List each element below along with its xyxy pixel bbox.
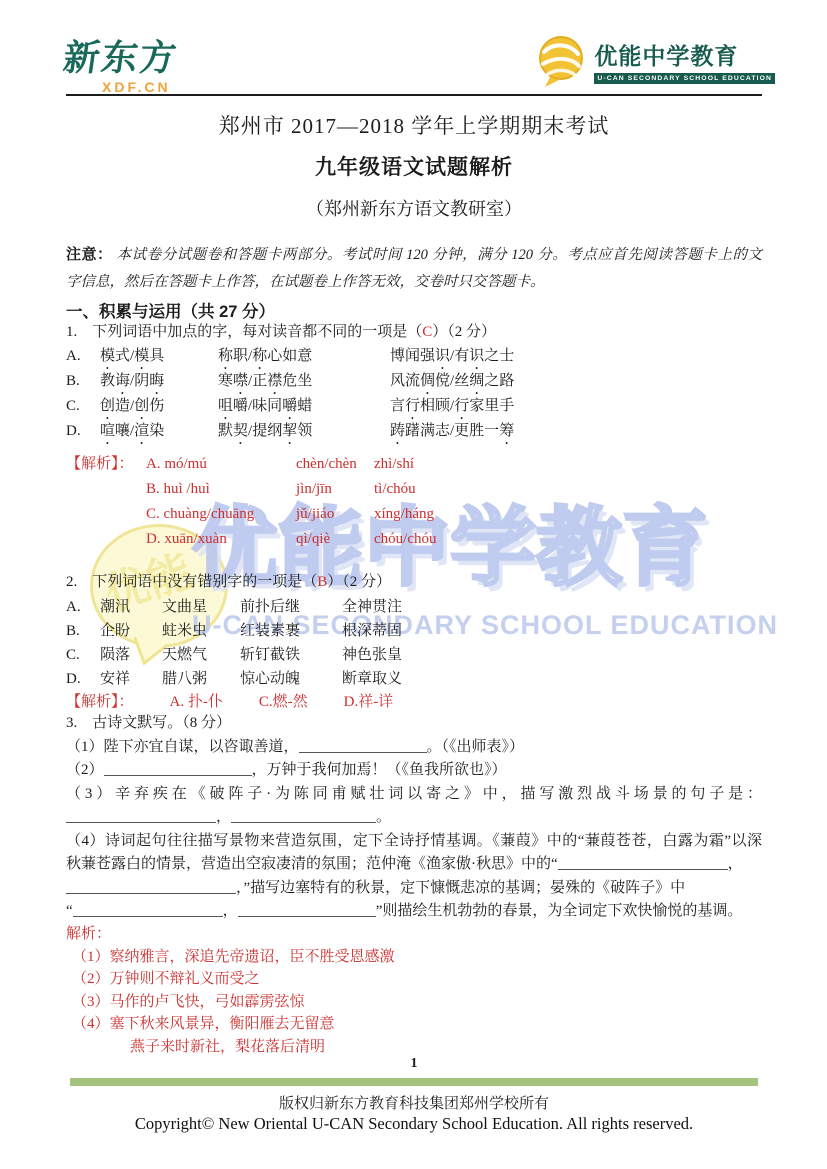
ucan-globe-icon: [536, 34, 586, 88]
q1-analysis: 【解析】：A. mó/múchèn/chènzhì/shí B. huì /hu…: [66, 452, 762, 552]
section-heading: 一、积累与运用（共 27 分）: [66, 298, 762, 322]
q2-analysis-label: 【解析】：: [66, 694, 134, 710]
q3-item-1: （1）陛下亦宜自谋，以咨诹善道，。（《出师表》）: [66, 736, 762, 760]
q2-option-d: D.安祥腊八粥惊心动魄断章取义: [66, 667, 762, 691]
answer-blank: [299, 737, 427, 753]
q3-item-3-line2: ，。: [66, 806, 762, 830]
exam-document-page: 优能 优能中学教育 U-CAN SECONDARY SCHOOL EDUCATI…: [0, 0, 827, 1169]
q2-option-b: B.企盼蛀米虫红装素裹根深蒂固: [66, 619, 762, 643]
ucan-logo-text-block: 优能中学教育 U-CAN SECONDARY SCHOOL EDUCATION: [594, 38, 775, 84]
question-2-stem: 2. 下列词语中没有错别字的一项是（B）（2 分）: [66, 570, 762, 591]
office-line: （郑州新东方语文教研室）: [66, 195, 762, 221]
q1-option-b: B.教诲/阴晦寒噤/正襟危坐风流倜傥/丝绸之路: [66, 369, 762, 394]
q1-option-a: A.模式/模具称职/称心如意博闻强识/有识之士: [66, 344, 762, 369]
q3-analysis-item-2: （2）万钟则不辩礼义而受之: [72, 968, 762, 991]
q1-analysis-row-b: B. huì /huìjìn/jīntì/chóu: [66, 477, 762, 502]
header-divider: [66, 94, 762, 96]
question-3: 3. 古诗文默写。（8 分） （1）陛下亦宜自谋，以咨诹善道，。（《出师表》） …: [66, 712, 762, 924]
ucan-logo-subtitle: U-CAN SECONDARY SCHOOL EDUCATION: [594, 73, 775, 84]
q3-item-4-line4: “，”则描绘生机勃勃的春景，为全词定下欢快愉悦的基调。: [66, 900, 762, 924]
question-1-stem: 1. 下列词语中加点的字，每对读音都不同的一项是（C）（2 分）: [66, 320, 762, 341]
footer-copyright-cn: 版权归新东方教育科技集团郑州学校所有: [66, 1092, 762, 1113]
q3-item-4-line2: 秋蒹苍露白的情景，营造出空寂凄清的氛围；范仲淹《渔家傲·秋思》中的“，: [66, 853, 762, 877]
q2-option-c: C.陨落天燃气斩钉截铁神色张皇: [66, 643, 762, 667]
answer-blank: [104, 760, 252, 776]
q2-analysis: 【解析】：A. 扑-仆C.燃-然D.祥-详: [66, 690, 762, 711]
footer-green-bar: [70, 1078, 758, 1086]
q1-option-d: D.喧嚷/渲染默契/提纲挈领踌躇满志/更胜一筹: [66, 419, 762, 444]
ucan-logo: 优能中学教育 U-CAN SECONDARY SCHOOL EDUCATION: [536, 34, 775, 88]
q3-analysis-item-4b: 燕子来时新社，梨花落后清明: [130, 1036, 762, 1059]
q3-item-2: （2），万钟于我何加焉！（《鱼我所欲也》）: [66, 759, 762, 783]
q1-options: A.模式/模具称职/称心如意博闻强识/有识之士 B.教诲/阴晦寒噤/正襟危坐风流…: [66, 344, 762, 444]
answer-blank: [66, 807, 216, 823]
notice-label: 注意：: [66, 246, 113, 263]
answer-blank: [238, 901, 376, 917]
q3-analysis-label: 解析：: [66, 923, 762, 946]
q1-analysis-row-a: 【解析】：A. mó/múchèn/chènzhì/shí: [66, 452, 762, 477]
q3-item-4-line3: ，”描写边塞特有的秋景，定下慷慨悲凉的基调；晏殊的《破阵子》中: [66, 877, 762, 901]
q1-answer: C: [422, 324, 432, 340]
answer-blank: [73, 901, 223, 917]
q1-analysis-row-d: D. xuān/xuànqì/qièchóu/chóu: [66, 527, 762, 552]
exam-title: 郑州市 2017—2018 学年上学期期末考试: [66, 110, 762, 140]
notice-line-2: 字信息，然后在答题卡上作答，在试题卷上作答无效，交卷时只交答题卡。: [66, 269, 762, 296]
q2-option-a: A.潮汛文曲星前扑后继全神贯注: [66, 595, 762, 619]
q3-analysis-item-4: （4）塞下秋来风景异，衡阳雁去无留意: [72, 1013, 762, 1036]
q3-item-4-line1: （4）诗词起句往往描写景物来营造氛围，定下全诗抒情基调。《蒹葭》中的“蒹葭苍苍，…: [66, 830, 762, 854]
q3-item-3-line1: （3）辛弃疾在《破阵子·为陈同甫赋壮词以寄之》中，描写激烈战斗场景的句子是：: [66, 783, 762, 807]
answer-blank: [66, 878, 236, 894]
q2-options: A.潮汛文曲星前扑后继全神贯注 B.企盼蛀米虫红装素裹根深蒂固 C.陨落天燃气斩…: [66, 595, 762, 691]
q1-option-c: C.创造/创伤咀嚼/味同嚼蜡言行相顾/行家里手: [66, 394, 762, 419]
xdf-logo-text: 新东方: [60, 30, 181, 81]
notice-line-1: 注意：本试卷分试题卷和答题卡两部分。考试时间 120 分钟，满分 120 分。考…: [66, 241, 762, 269]
q3-analysis-item-3: （3）马作的卢飞快，弓如霹雳弦惊: [72, 991, 762, 1014]
footer-copyright-en: Copyright© New Oriental U-CAN Secondary …: [66, 1114, 762, 1134]
question-3-stem: 3. 古诗文默写。（8 分）: [66, 712, 762, 736]
q1-analysis-row-c: C. chuàng/chuāngjǔ/jiáoxíng/háng: [66, 502, 762, 527]
q3-analysis-item-1: （1）察纳雅言，深追先帝遗诏，臣不胜受恩感激: [72, 946, 762, 969]
xdf-logo-url: XDF.CN: [102, 79, 178, 95]
doc-subtitle: 九年级语文试题解析: [66, 151, 762, 181]
notice-block: 注意：本试卷分试题卷和答题卡两部分。考试时间 120 分钟，满分 120 分。考…: [66, 241, 762, 296]
ucan-logo-title: 优能中学教育: [594, 38, 775, 71]
q3-analysis: 解析： （1）察纳雅言，深追先帝遗诏，臣不胜受恩感激 （2）万钟则不辩礼义而受之…: [66, 923, 762, 1058]
page-number: 1: [66, 1056, 762, 1072]
q2-answer: B: [317, 574, 327, 590]
xdf-logo: 新东方 XDF.CN: [64, 30, 178, 95]
answer-blank: [231, 807, 376, 823]
answer-blank: [558, 854, 728, 870]
